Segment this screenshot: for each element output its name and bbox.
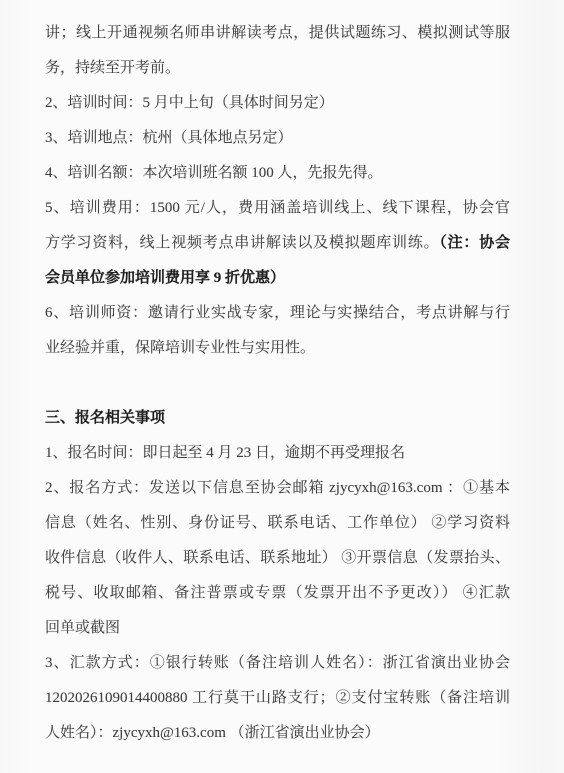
text-segment: 回单或截图 <box>45 620 120 636</box>
text-segment: 信息（姓名、性别、身份证号、联系电话、工作单位） ②学习资料 <box>45 515 510 531</box>
text-line: 三、报名相关事项 <box>45 401 510 436</box>
text-segment: 2、培训时间：5 月中上旬（具体时间另定） <box>45 95 334 111</box>
text-line: 信息（姓名、性别、身份证号、联系电话、工作单位） ②学习资料 <box>45 506 510 541</box>
text-line: 2、报名方式：发送以下信息至协会邮箱 zjycyxh@163.com ：①基本 <box>45 471 510 506</box>
text-segment: 税号、收取邮箱、备注普票或专票（发票开出不予更改）） ④汇款 <box>45 585 510 601</box>
text-segment: 务，持续至开考前。 <box>45 60 180 76</box>
text-line: 讲；线上开通视频名师串讲解读考点，提供试题练习、模拟测试等服 <box>45 16 510 51</box>
document-text: 讲；线上开通视频名师串讲解读考点，提供试题练习、模拟测试等服务，持续至开考前。2… <box>45 16 510 751</box>
text-line: 5、培训费用：1500 元/人，费用涵盖培训线上、线下课程，协会官 <box>45 191 510 226</box>
text-segment: 5、培训费用：1500 元/人，费用涵盖培训线上、线下课程，协会官 <box>45 200 510 216</box>
text-line: 6、培训师资：邀请行业实战专家，理论与实操结合，考点讲解与行 <box>45 296 510 331</box>
text-segment: 收件信息（收件人、联系电话、联系地址） ③开票信息（发票抬头、 <box>45 550 510 566</box>
text-line: 3、汇款方式：①银行转账（备注培训人姓名）：浙江省演出业协会 <box>45 646 510 681</box>
blank-line <box>45 366 510 401</box>
text-segment: 6、培训师资：邀请行业实战专家，理论与实操结合，考点讲解与行 <box>45 305 510 321</box>
text-segment: 4、培训名额：本次培训班名额 100 人，先报先得。 <box>45 165 383 181</box>
text-line: 务，持续至开考前。 <box>45 51 510 86</box>
bold-text-segment: 会员单位参加培训费用享 9 折优惠） <box>45 270 285 286</box>
text-line: 2、培训时间：5 月中上旬（具体时间另定） <box>45 86 510 121</box>
text-segment: 1202026109014400880 工行莫干山路支行；②支付宝转账（备注培训 <box>45 690 510 706</box>
bold-text-segment: 三、报名相关事项 <box>45 410 165 426</box>
text-line: 会员单位参加培训费用享 9 折优惠） <box>45 261 510 296</box>
text-segment: 方学习资料，线上视频考点串讲解读以及模拟题库训练。 <box>45 235 439 251</box>
text-segment: 3、培训地点：杭州（具体地点另定） <box>45 130 293 146</box>
text-line: 业经验并重，保障培训专业性与实用性。 <box>45 331 510 366</box>
text-line: 税号、收取邮箱、备注普票或专票（发票开出不予更改）） ④汇款 <box>45 576 510 611</box>
text-line: 方学习资料，线上视频考点串讲解读以及模拟题库训练。（注：协会 <box>45 226 510 261</box>
text-line: 1、报名时间：即日起至 4 月 23 日，逾期不再受理报名 <box>45 436 510 471</box>
text-line: 3、培训地点：杭州（具体地点另定） <box>45 121 510 156</box>
text-line: 4、培训名额：本次培训班名额 100 人，先报先得。 <box>45 156 510 191</box>
text-line: 人姓名）：zjycyxh@163.com （浙江省演出业协会） <box>45 716 510 751</box>
text-segment: 业经验并重，保障培训专业性与实用性。 <box>45 340 315 356</box>
text-segment: 人姓名）：zjycyxh@163.com （浙江省演出业协会） <box>45 725 380 741</box>
text-line: 1202026109014400880 工行莫干山路支行；②支付宝转账（备注培训 <box>45 681 510 716</box>
text-segment: 讲；线上开通视频名师串讲解读考点，提供试题练习、模拟测试等服 <box>45 25 510 41</box>
text-line: 收件信息（收件人、联系电话、联系地址） ③开票信息（发票抬头、 <box>45 541 510 576</box>
text-segment: 1、报名时间：即日起至 4 月 23 日，逾期不再受理报名 <box>45 445 405 461</box>
document-page: 讲；线上开通视频名师串讲解读考点，提供试题练习、模拟测试等服务，持续至开考前。2… <box>0 0 564 773</box>
text-line: 回单或截图 <box>45 611 510 646</box>
text-segment: 2、报名方式：发送以下信息至协会邮箱 zjycyxh@163.com ：①基本 <box>45 480 510 496</box>
bold-text-segment: （注：协会 <box>439 235 510 251</box>
text-segment: 3、汇款方式：①银行转账（备注培训人姓名）：浙江省演出业协会 <box>45 655 510 671</box>
